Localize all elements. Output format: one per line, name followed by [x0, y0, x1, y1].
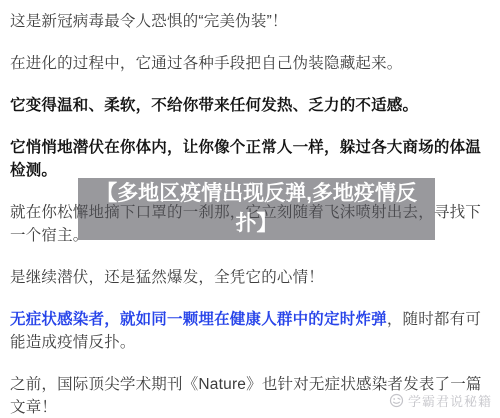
paragraph: 这是新冠病毒最令人恐惧的“完美伪装”！	[10, 10, 490, 33]
paragraph: 它变得温和、柔软，不给你带来任何发热、乏力的不适感。	[10, 94, 490, 117]
watermark: 学霸君说秘籍	[389, 391, 492, 410]
caption-overlay: 【多地区疫情出现反弹,多地疫情反扑】	[78, 178, 435, 240]
paragraph: 它悄悄地潜伏在你体内，让你像个正常人一样，躲过各大商场的体温检测。	[10, 136, 490, 182]
caption-overlay-title: 【多地区疫情出现反弹,多地疫情反扑】	[82, 179, 431, 239]
watermark-label: 学霸君说秘籍	[408, 391, 492, 410]
text-segment: 这是新冠病毒最令人恐惧的“完美伪装”！	[10, 13, 288, 30]
paragraph: 是继续潜伏，还是猛然爆发，全凭它的心情！	[10, 266, 490, 289]
text-segment: 它变得温和、柔软，不给你带来任何发热、乏力的不适感。	[10, 97, 418, 114]
text-segment: 它悄悄地潜伏在你体内，让你像个正常人一样，躲过各大商场的体温检测。	[10, 139, 481, 179]
paragraph: 无症状感染者，就如同一颗埋在健康人群中的定时炸弹，随时都有可能造成疫情反扑。	[10, 308, 490, 354]
paragraph: 在进化的过程中，它通过各种手段把自己伪装隐藏起来。	[10, 52, 490, 75]
text-segment: 在进化的过程中，它通过各种手段把自己伪装隐藏起来。	[10, 55, 403, 72]
text-segment: 无症状感染者，就如同一颗埋在健康人群中的定时炸弹	[10, 311, 387, 328]
article-page: 这是新冠病毒最令人恐惧的“完美伪装”！在进化的过程中，它通过各种手段把自己伪装隐…	[0, 0, 500, 418]
smiley-logo-icon	[389, 393, 404, 408]
text-segment: 是继续潜伏，还是猛然爆发，全凭它的心情！	[10, 269, 324, 286]
